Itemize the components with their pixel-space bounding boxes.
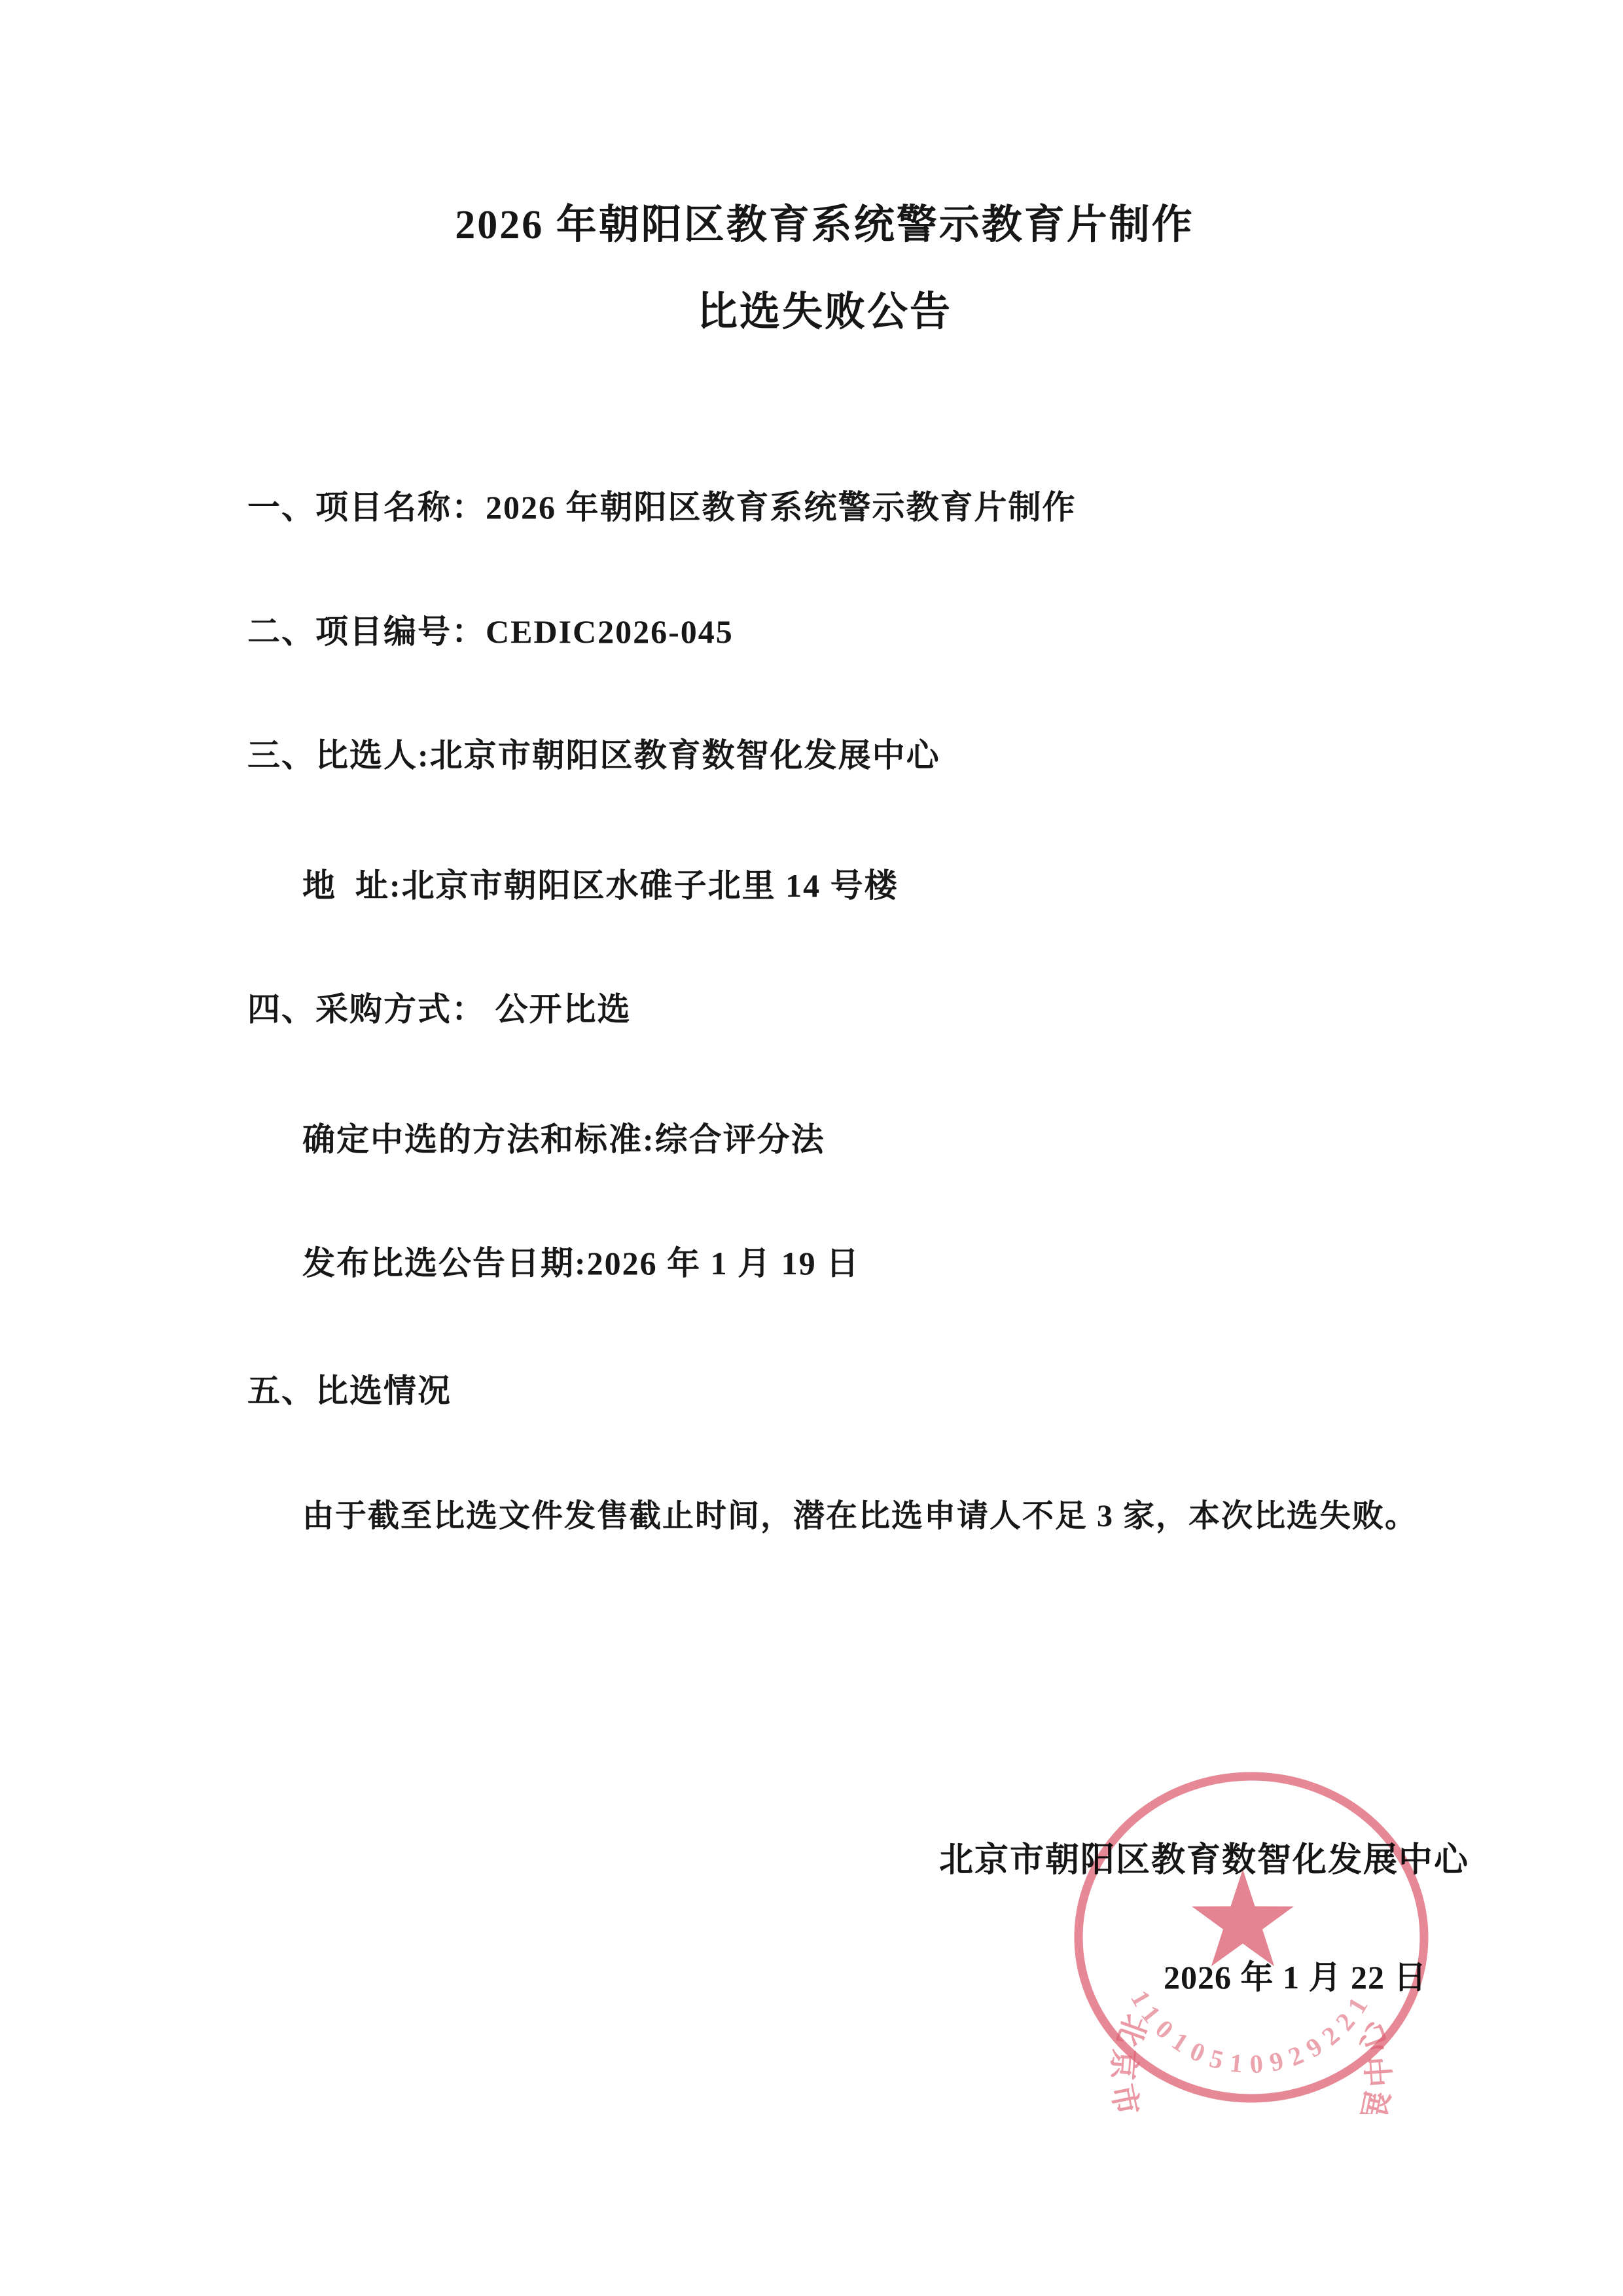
seal-serial-number: 11010510929221 — [1125, 1985, 1378, 2079]
signature-date: 2026 年 1 月 22 日 — [1164, 1960, 1427, 1994]
item-project-name: 一、项目名称：2026 年朝阳区教育系统警示教育片制作 — [247, 489, 1077, 526]
seal-star-icon — [1192, 1869, 1294, 1966]
scanned-announcement-page: { "document": { "title_line1": "2026 年朝阳… — [0, 0, 1623, 2296]
item-evaluation-method: 确定中选的方法和标准:综合评分法 — [302, 1121, 825, 1158]
item-announcement-date: 发布比选公告日期:2026 年 1 月 19 日 — [302, 1245, 860, 1282]
seal-graphic: 北京市朝阳区教育数智化发展中心 11010510929221 — [1065, 1767, 1438, 2114]
seal-ring — [1079, 1776, 1424, 2098]
item-selection-situation: 五、比选情况 — [247, 1372, 452, 1409]
document-page: 2026 年朝阳区教育系统警示教育片制作 比选失败公告 一、项目名称：2026 … — [0, 0, 1623, 2296]
signature-organization: 北京市朝阳区教育数智化发展中心 — [939, 1844, 1469, 1878]
item-project-number: 二、项目编号：CEDIC2026-045 — [247, 613, 734, 650]
official-seal: 北京市朝阳区教育数智化发展中心 11010510929221 — [1065, 1767, 1438, 2114]
document-title-line1: 2026 年朝阳区教育系统警示教育片制作 — [20, 192, 1623, 250]
failure-statement: 由于截至比选文件发售截止时间，潜在比选申请人不足 3 家，本次比选失败。 — [302, 1498, 1418, 1535]
seal-arc-text: 北京市朝阳区教育数智化发展中心 — [1104, 2010, 1398, 2114]
item-procurement-method: 四、采购方式： 公开比选 — [247, 991, 632, 1028]
item-selecting-party: 三、比选人:北京市朝阳区教育数智化发展中心 — [247, 737, 940, 774]
item-address: 地 址:北京市朝阳区水碓子北里 14 号楼 — [302, 867, 899, 904]
document-title-line2: 比选失败公告 — [20, 279, 1623, 337]
